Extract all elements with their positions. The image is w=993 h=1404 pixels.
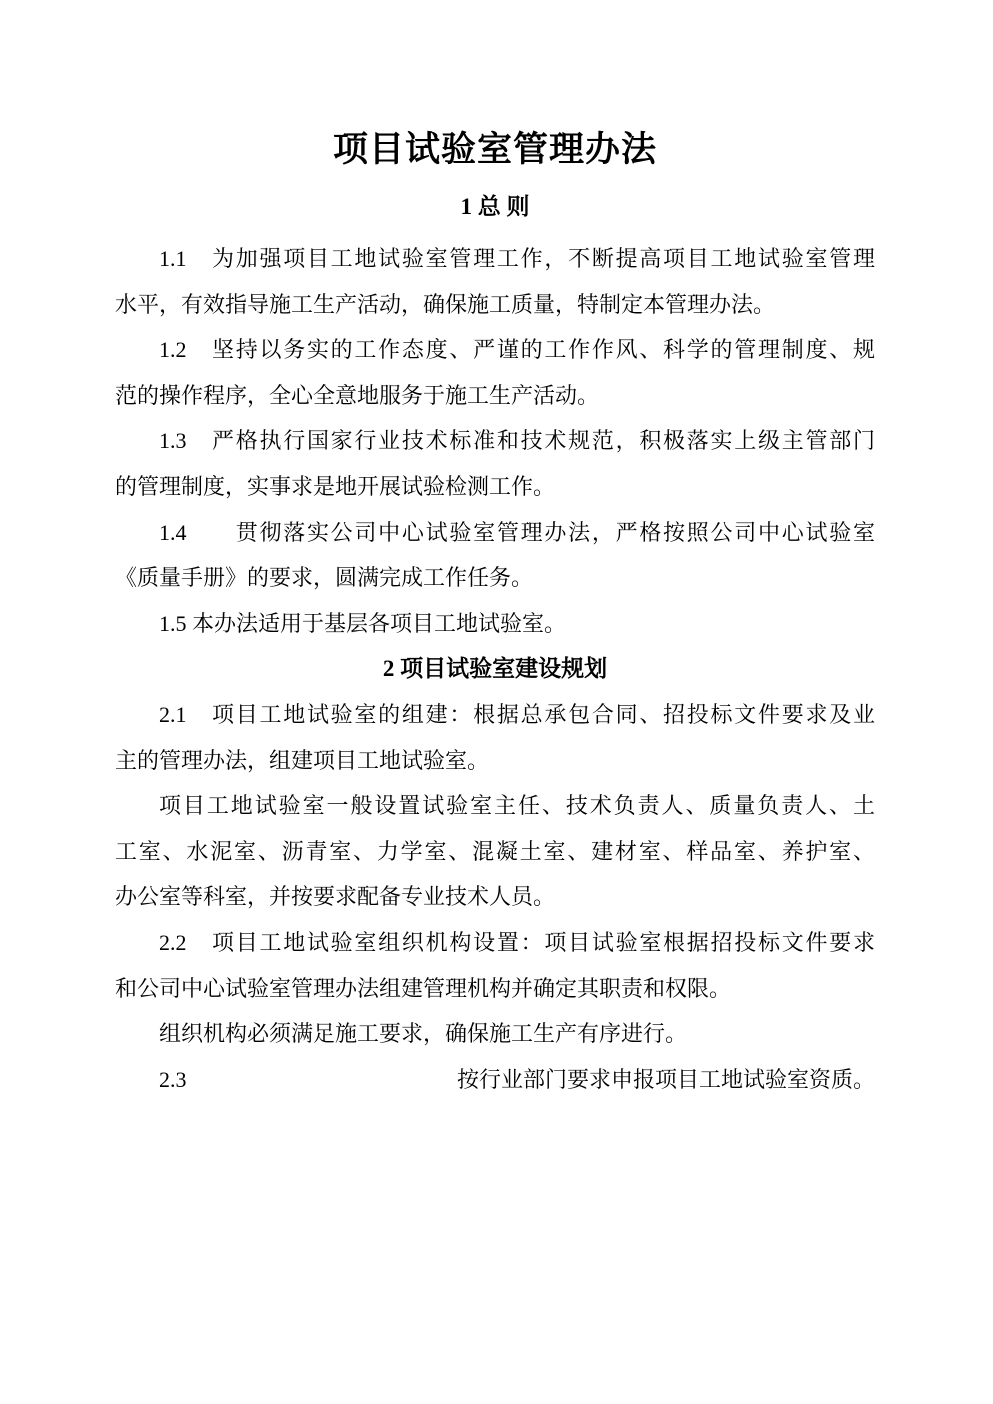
document-title: 项目试验室管理办法 [115, 126, 875, 174]
paragraph-line: 组织机构必须满足施工要求，确保施工生产有序进行。 [115, 1011, 875, 1057]
clause-text: 按行业部门要求申报项目工地试验室资质。 [457, 1057, 875, 1103]
paragraph-line: 水平，有效指导施工生产活动，确保施工质量，特制定本管理办法。 [115, 282, 875, 328]
paragraph-line: 1.5 本办法适用于基层各项目工地试验室。 [115, 601, 875, 647]
paragraph-line: 的管理制度，实事求是地开展试验检测工作。 [115, 464, 875, 510]
document-body: 1.1 为加强项目工地试验室管理工作，不断提高项目工地试验室管理 水平，有效指导… [115, 236, 875, 1102]
paragraph-line: 办公室等科室，并按要求配备专业技术人员。 [115, 874, 875, 920]
clause-number: 2.3 [159, 1057, 187, 1103]
paragraph-line: 范的操作程序，全心全意地服务于施工生产活动。 [115, 373, 875, 419]
section-1-heading: 1 总 则 [115, 184, 875, 230]
paragraph-line: 主的管理办法，组建项目工地试验室。 [115, 738, 875, 784]
paragraph-line: 2.1 项目工地试验室的组建：根据总承包合同、招投标文件要求及业 [115, 692, 875, 738]
section-2-heading: 2 项目试验室建设规划 [115, 646, 875, 692]
paragraph-line: 1.3 严格执行国家行业技术标准和技术规范，积极落实上级主管部门 [115, 418, 875, 464]
paragraph-line: 1.1 为加强项目工地试验室管理工作，不断提高项目工地试验室管理 [115, 236, 875, 282]
paragraph-line: 2.2 项目工地试验室组织机构设置：项目试验室根据招投标文件要求 [115, 920, 875, 966]
paragraph-line: 2.3 按行业部门要求申报项目工地试验室资质。 [115, 1057, 875, 1103]
document-page: 项目试验室管理办法 1 总 则 1.1 为加强项目工地试验室管理工作，不断提高项… [0, 0, 993, 1404]
paragraph-line: 《质量手册》的要求，圆满完成工作任务。 [115, 555, 875, 601]
paragraph-line: 和公司中心试验室管理办法组建管理机构并确定其职责和权限。 [115, 966, 875, 1012]
paragraph-line: 1.2 坚持以务实的工作态度、严谨的工作作风、科学的管理制度、规 [115, 327, 875, 373]
paragraph-line: 1.4 贯彻落实公司中心试验室管理办法，严格按照公司中心试验室 [115, 510, 875, 556]
paragraph-line: 工室、水泥室、沥青室、力学室、混凝土室、建材室、样品室、养护室、 [115, 829, 875, 875]
paragraph-line: 项目工地试验室一般设置试验室主任、技术负责人、质量负责人、土 [115, 783, 875, 829]
